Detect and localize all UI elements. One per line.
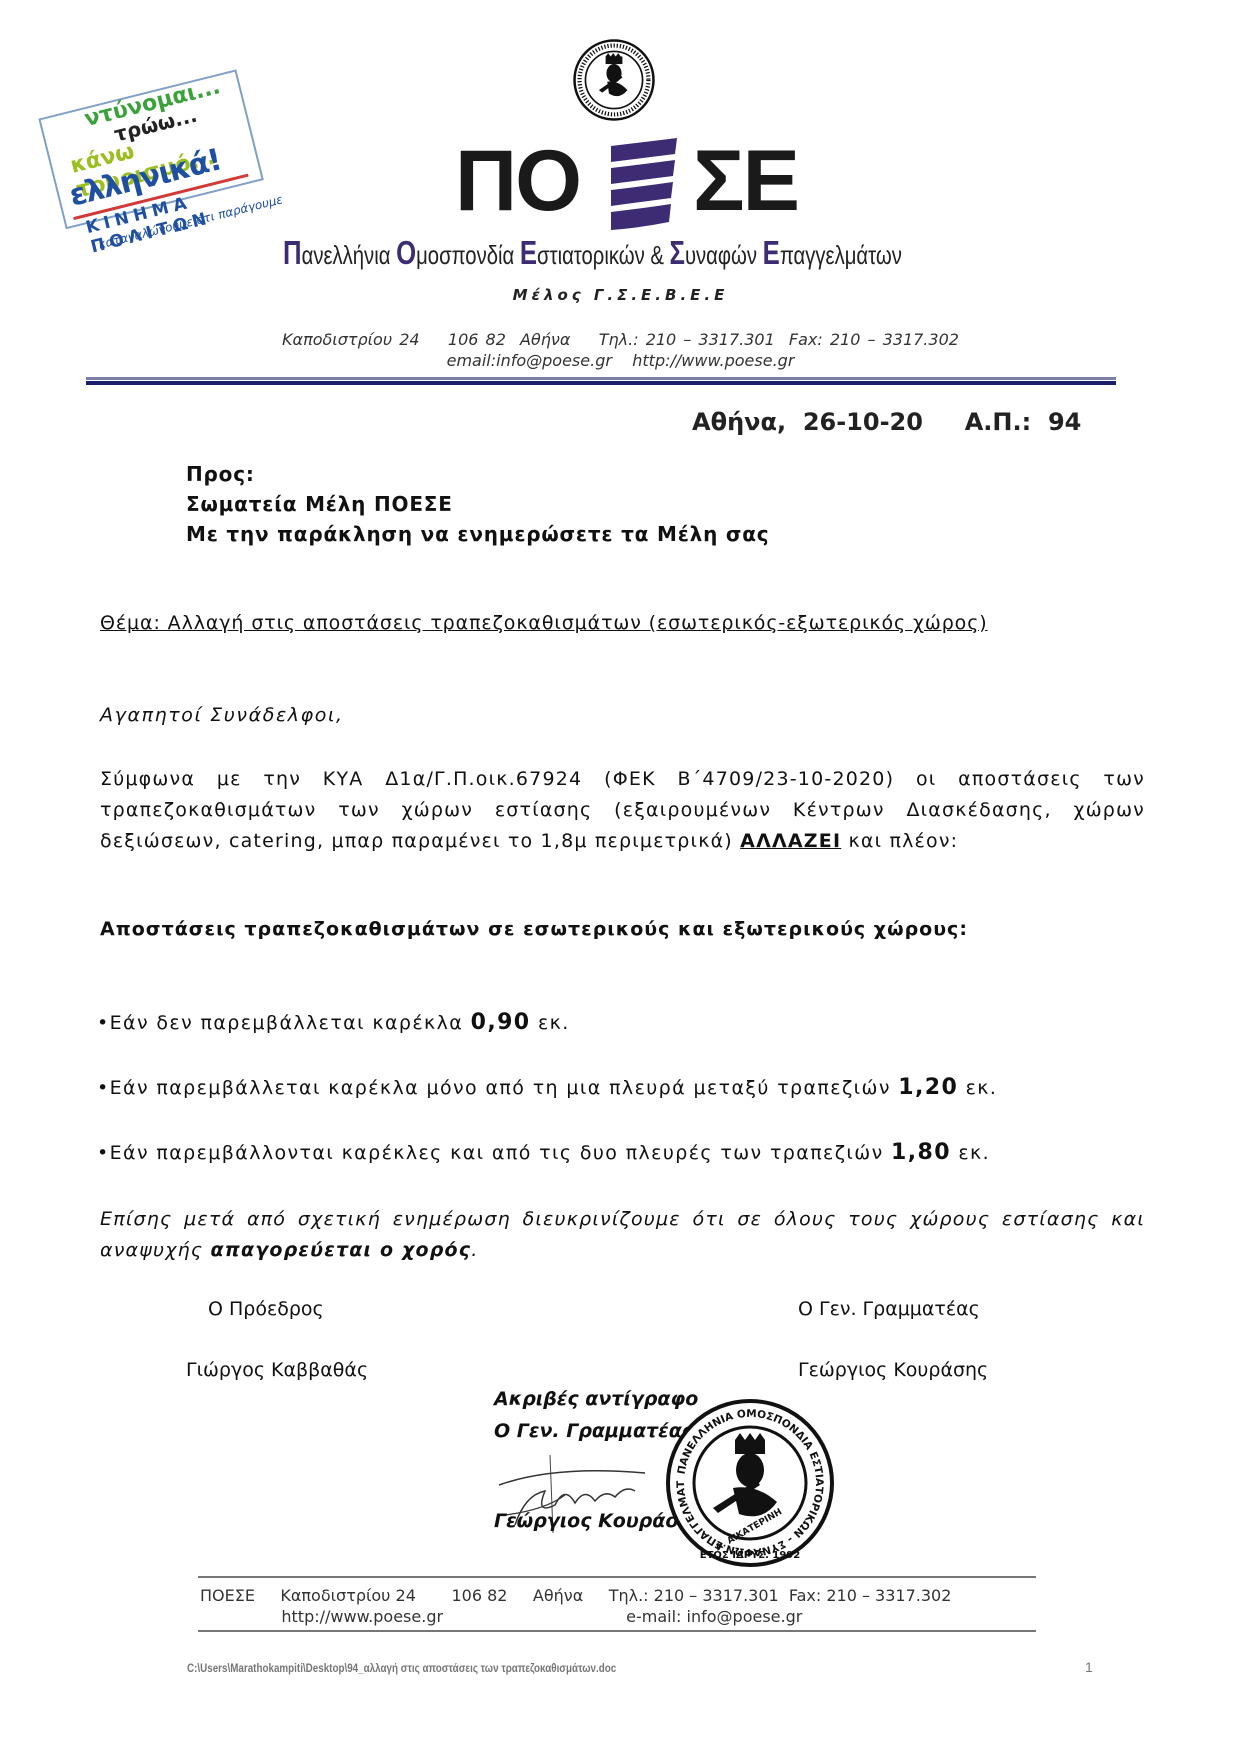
bullet-unit: εκ. xyxy=(531,1012,570,1034)
footer-rule-bottom xyxy=(198,1630,1036,1632)
list-item: •Εάν παρεμβάλλεται καρέκλα μόνο από τη μ… xyxy=(97,1075,997,1100)
recipients-label: Προς: xyxy=(186,462,255,486)
org-initial: Ο xyxy=(396,234,416,271)
letterhead-contact-address: Καποδιστρίου 24 106 82 Αθήνα Τηλ.: 210 –… xyxy=(0,330,1241,349)
secretary-name: Γεώργιος Κουράσης xyxy=(798,1359,988,1381)
para1-highlight: ΑΛΛΑΖΕΙ xyxy=(740,830,841,852)
campaign-logo: ντύνομαι... τρώω... κάνω τουρισμό... ελλ… xyxy=(24,44,300,277)
brand-letters-se: ΣΕ xyxy=(693,138,798,224)
bullet-text: Εάν παρεμβάλλεται καρέκλα μόνο από τη μι… xyxy=(110,1077,899,1099)
certified-title: Ο Γεν. Γραμματέας xyxy=(494,1420,693,1442)
para1-text: Σύμφωνα με την ΚΥΑ Δ1α/Γ.Π.οικ.67924 (ΦΕ… xyxy=(100,768,1145,852)
president-name: Γιώργος Καββαθάς xyxy=(186,1359,368,1381)
subject-line: Θέμα: Αλλαγή στις αποστάσεις τραπεζοκαθι… xyxy=(100,612,988,634)
president-title: Ο Πρόεδρος xyxy=(208,1298,324,1320)
greek-flag-wave-icon xyxy=(605,138,685,230)
date-protocol-line: Αθήνα, 26-10-20 Α.Π.: 94 xyxy=(692,408,1081,436)
protocol-number: 94 xyxy=(1048,408,1081,436)
para2-highlight: απαγορεύεται ο χορός xyxy=(210,1239,471,1261)
body-paragraph-1: Σύμφωνα με την ΚΥΑ Δ1α/Γ.Π.οικ.67924 (ΦΕ… xyxy=(100,764,1145,857)
org-initial: Ε xyxy=(520,234,537,271)
bullet-text: Εάν δεν παρεμβάλλεται καρέκλα xyxy=(110,1012,471,1034)
membership-line: Μέλος Γ.Σ.Ε.Β.Ε.Ε xyxy=(0,286,1241,304)
letterhead-contact-web: email:info@poese.gr http://www.poese.gr xyxy=(0,351,1241,370)
header-rule-dark xyxy=(86,381,1116,385)
page-number: 1 xyxy=(1085,1659,1093,1675)
file-path: C:\Users\Marathokampiti\Desktop\94_αλλαγ… xyxy=(187,1661,616,1675)
para1-text-end: και πλέον: xyxy=(841,830,958,852)
recipients-line-1: Σωματεία Μέλη ΠΟΕΣΕ xyxy=(186,492,453,516)
section-heading: Αποστάσεις τραπεζοκαθισμάτων σε εσωτερικ… xyxy=(100,918,968,940)
footer-address: ΠΟΕΣΕ Καποδιστρίου 24 106 82 Αθήνα Τηλ.:… xyxy=(200,1586,1040,1605)
org-word: παγγελμάτων xyxy=(780,240,902,270)
place-date: Αθήνα, 26-10-20 xyxy=(692,408,923,436)
org-word: ανελλήνια xyxy=(302,240,396,270)
bullet-value: 1,20 xyxy=(898,1075,958,1100)
organization-name: Πανελλήνια Ομοσπονδία Εστιατορικών & Συν… xyxy=(283,234,860,272)
org-initial: Ε xyxy=(763,234,780,271)
list-item: •Εάν δεν παρεμβάλλεται καρέκλα 0,90 εκ. xyxy=(97,1010,570,1035)
official-stamp-icon: ΠΑΝΕΛΛΗΝΙΑ ΟΜΟΣΠΟΝΔΙΑ ΕΣΤΙΑΤΟΡΙΚΩΝ - ΣΥΝ… xyxy=(665,1398,835,1568)
bullet-value: 0,90 xyxy=(471,1010,531,1035)
org-word: στιατορικών & xyxy=(537,240,669,270)
bullet-text: Εάν παρεμβάλλονται καρέκλες και από τις … xyxy=(110,1142,891,1164)
footer-rule-top xyxy=(198,1576,1036,1578)
stamp-bottom-text: ΕΤΟΣ ΙΔΡΥΣ. 1992 xyxy=(700,1550,800,1561)
org-word: μοσπονδία xyxy=(416,240,520,270)
org-word: υναφών xyxy=(685,240,763,270)
org-initial: Π xyxy=(283,234,302,271)
body-paragraph-2: Επίσης μετά από σχετική ενημέρωση διευκρ… xyxy=(100,1204,1145,1266)
bullet-unit: εκ. xyxy=(951,1142,990,1164)
bullet-value: 1,80 xyxy=(891,1140,951,1165)
para2-text-end: . xyxy=(471,1239,478,1261)
brand-logo: ΠΟ ΣΕ xyxy=(455,130,845,230)
footer-web-email: http://www.poese.gr e-mail: info@poese.g… xyxy=(200,1607,1040,1626)
org-initial: Σ xyxy=(670,234,685,271)
brand-letters-po: ΠΟ xyxy=(455,138,580,224)
list-item: •Εάν παρεμβάλλονται καρέκλες και από τις… xyxy=(97,1140,990,1165)
protocol-label: Α.Π.: xyxy=(965,408,1032,436)
secretary-title: Ο Γεν. Γραμματέας xyxy=(798,1298,980,1320)
bullet-unit: εκ. xyxy=(958,1077,997,1099)
recipients-line-2: Με την παράκληση να ενημερώσετε τα Μέλη … xyxy=(186,522,769,546)
greeting: Αγαπητοί Συνάδελφοι, xyxy=(100,704,344,726)
seal-emblem-icon xyxy=(572,38,656,122)
header-rule-light xyxy=(86,377,1116,380)
